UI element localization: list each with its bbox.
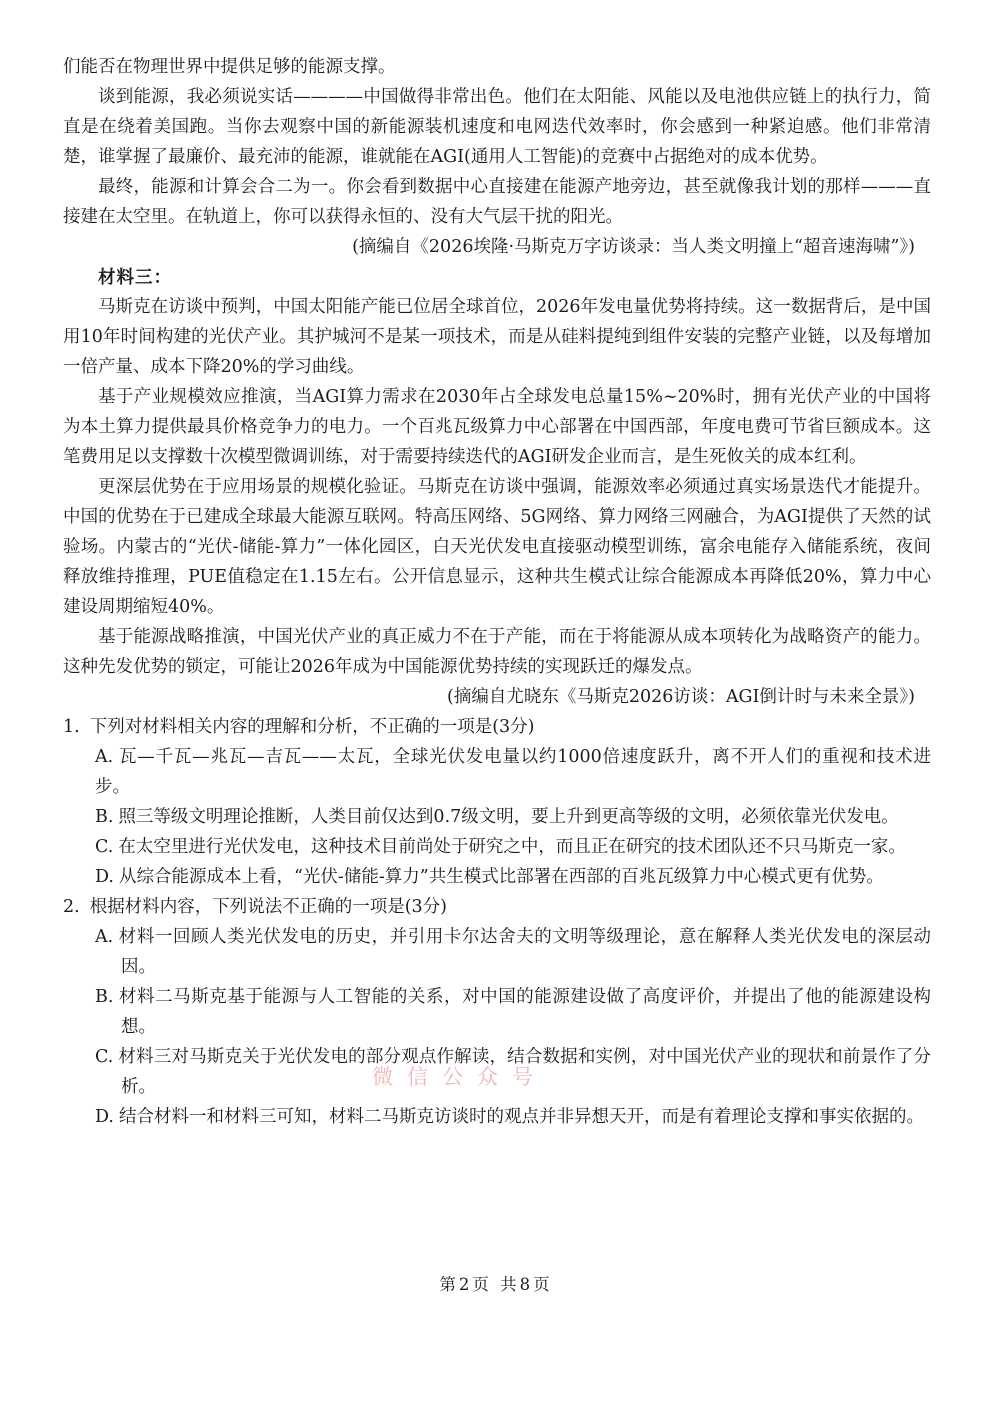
material2-paragraph-1: 谈到能源，我必须说实话————中国做得非常出色。他们在太阳能、风能以及电池供应链… bbox=[63, 82, 931, 172]
material2-paragraph-2: 最终，能源和计算会合二为一。你会看到数据中心直接建在能源产地旁边，甚至就像我计划… bbox=[63, 172, 931, 232]
option-text: 瓦—千瓦—兆瓦—吉瓦——太瓦，全球光伏发电量以约1000倍速度跃升，离不开人们的… bbox=[95, 747, 931, 797]
option-label: D. bbox=[95, 1107, 114, 1127]
question-1-stem-text: 下列对材料相关内容的理解和分析，不正确的一项是(3分) bbox=[90, 717, 535, 737]
question-2-stem: 2.根据材料内容，下列说法不正确的一项是(3分) bbox=[63, 892, 931, 922]
option-text: 材料二马斯克基于能源与人工智能的关系，对中国的能源建设做了高度评价，并提出了他的… bbox=[118, 987, 931, 1037]
page-number-footer: 第2页 共8页 bbox=[0, 1270, 992, 1300]
question-2-option-b: B.材料二马斯克基于能源与人工智能的关系，对中国的能源建设做了高度评价，并提出了… bbox=[95, 982, 931, 1042]
question-2-option-d: D.结合材料一和材料三可知，材料二马斯克访谈时的观点并非异想天开，而是有着理论支… bbox=[95, 1102, 931, 1132]
option-label: D. bbox=[95, 867, 114, 887]
exam-paper-page: 们能否在物理世界中提供足够的能源支撑。 谈到能源，我必须说实话————中国做得非… bbox=[0, 0, 992, 1403]
question-1-option-c: C.在太空里进行光伏发电，这种技术目前尚处于研究之中，而且正在研究的技术团队还不… bbox=[95, 832, 931, 862]
option-label: B. bbox=[95, 807, 113, 827]
material3-paragraph-1: 马斯克在访谈中预判，中国太阳能产能已位居全球首位，2026年发电量优势将持续。这… bbox=[63, 292, 931, 382]
option-label: B. bbox=[95, 987, 113, 1007]
question-2-option-a: A.材料一回顾人类光伏发电的历史，并引用卡尔达舍夫的文明等级理论，意在解释人类光… bbox=[95, 922, 931, 982]
question-1: 1.下列对材料相关内容的理解和分析，不正确的一项是(3分) A.瓦—千瓦—兆瓦—… bbox=[63, 712, 931, 892]
option-label: A. bbox=[95, 927, 113, 947]
option-text: 照三等级文明理论推断，人类目前仅达到0.7级文明，要上升到更高等级的文明，必须依… bbox=[118, 807, 898, 827]
question-1-stem: 1.下列对材料相关内容的理解和分析，不正确的一项是(3分) bbox=[63, 712, 931, 742]
option-text: 材料三对马斯克关于光伏发电的部分观点作解读，结合数据和实例，对中国光伏产业的现状… bbox=[118, 1047, 931, 1097]
continuation-line: 们能否在物理世界中提供足够的能源支撑。 bbox=[63, 52, 931, 82]
question-2-option-c: C.材料三对马斯克关于光伏发电的部分观点作解读，结合数据和实例，对中国光伏产业的… bbox=[95, 1042, 931, 1102]
option-text: 结合材料一和材料三可知，材料二马斯克访谈时的观点并非异想天开，而是有着理论支撑和… bbox=[119, 1107, 924, 1127]
material3-source-citation: (摘编自尤晓东《马斯克2026访谈：AGI倒计时与未来全景》) bbox=[63, 682, 931, 712]
option-label: C. bbox=[95, 837, 113, 857]
question-1-option-a: A.瓦—千瓦—兆瓦—吉瓦——太瓦，全球光伏发电量以约1000倍速度跃升，离不开人… bbox=[95, 742, 931, 802]
question-2-number: 2. bbox=[63, 897, 80, 917]
option-text: 材料一回顾人类光伏发电的历史，并引用卡尔达舍夫的文明等级理论，意在解释人类光伏发… bbox=[118, 927, 931, 977]
question-1-option-b: B.照三等级文明理论推断，人类目前仅达到0.7级文明，要上升到更高等级的文明，必… bbox=[95, 802, 931, 832]
option-text: 从综合能源成本上看，“光伏-储能-算力”共生模式比部署在西部的百兆瓦级算力中心模… bbox=[119, 867, 884, 887]
option-label: C. bbox=[95, 1047, 113, 1067]
page-text-area: 们能否在物理世界中提供足够的能源支撑。 谈到能源，我必须说实话————中国做得非… bbox=[63, 52, 931, 1132]
material2-source-citation: (摘编自《2026埃隆·马斯克万字访谈录：当人类文明撞上“超音速海啸”》) bbox=[63, 232, 931, 262]
material3-heading: 材料三： bbox=[63, 262, 931, 292]
material3-paragraph-4: 基于能源战略推演，中国光伏产业的真正威力不在于产能，而在于将能源从成本项转化为战… bbox=[63, 622, 931, 682]
question-2-stem-text: 根据材料内容，下列说法不正确的一项是(3分) bbox=[90, 897, 447, 917]
question-1-number: 1. bbox=[63, 717, 80, 737]
question-1-option-d: D.从综合能源成本上看，“光伏-储能-算力”共生模式比部署在西部的百兆瓦级算力中… bbox=[95, 862, 931, 892]
question-2: 2.根据材料内容，下列说法不正确的一项是(3分) A.材料一回顾人类光伏发电的历… bbox=[63, 892, 931, 1132]
option-label: A. bbox=[95, 747, 113, 767]
material3-paragraph-2: 基于产业规模效应推演，当AGI算力需求在2030年占全球发电总量15%~20%时… bbox=[63, 382, 931, 472]
material3-paragraph-3: 更深层优势在于应用场景的规模化验证。马斯克在访谈中强调，能源效率必须通过真实场景… bbox=[63, 472, 931, 622]
option-text: 在太空里进行光伏发电，这种技术目前尚处于研究之中，而且正在研究的技术团队还不只马… bbox=[118, 837, 906, 857]
